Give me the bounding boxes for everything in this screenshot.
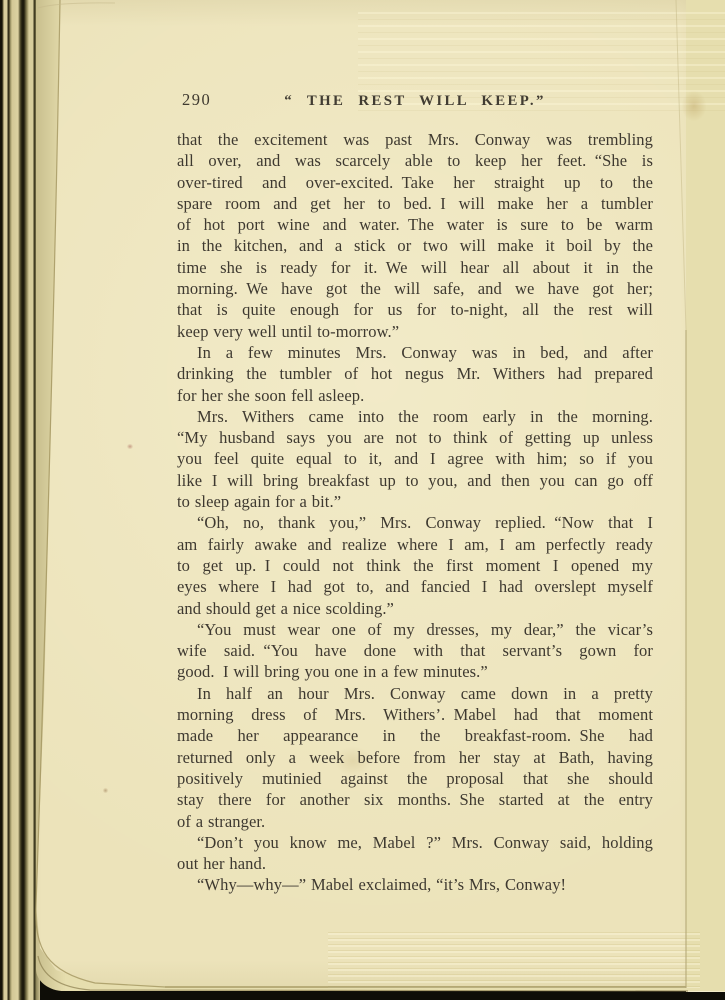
text-block: that the excitement was past Mrs. Conway…	[177, 129, 653, 896]
text-line: wife said. “You have done with that serv…	[177, 640, 653, 661]
text-line: of hot port wine and water. The water is…	[177, 214, 653, 235]
text-line: morning dress of Mrs. Withers’. Mabel ha…	[177, 704, 653, 725]
text-line: “Oh, no, thank you,” Mrs. Conway replied…	[177, 512, 653, 533]
text-line: “You must wear one of my dresses, my dea…	[177, 619, 653, 640]
text-line: “Why—why—” Mabel exclaimed, “it’s Mrs, C…	[177, 874, 653, 895]
text-line: returned only a week before from her sta…	[177, 747, 653, 768]
text-line: am fairly awake and realize where I am, …	[177, 534, 653, 555]
text-line: to sleep again for a bit.”	[177, 491, 653, 512]
text-line: In half an hour Mrs. Conway came down in…	[177, 683, 653, 704]
text-line: Mrs. Withers came into the room early in…	[177, 406, 653, 427]
text-line: out her hand.	[177, 853, 653, 874]
text-line: and should get a nice scolding.”	[177, 598, 653, 619]
text-line: like I will bring breakfast up to you, a…	[177, 470, 653, 491]
text-line: all over, and was scarcely able to keep …	[177, 150, 653, 171]
text-line: stay there for another six months. She s…	[177, 789, 653, 810]
text-line: time she is ready for it. We will hear a…	[177, 257, 653, 278]
text-line: positively mutinied against the proposal…	[177, 768, 653, 789]
running-title: “ THE REST WILL KEEP.”	[177, 93, 653, 110]
text-line: spare room and get her to bed. I will ma…	[177, 193, 653, 214]
text-line: “My husband says you are not to think of…	[177, 427, 653, 448]
text-line: over-tired and over-excited. Take her st…	[177, 172, 653, 193]
text-line: morning. We have got the will safe, and …	[177, 278, 653, 299]
text-line: good. I will bring you one in a few minu…	[177, 661, 653, 682]
text-line: made her appearance in the breakfast-roo…	[177, 725, 653, 746]
text-line: that is quite enough for us for to-night…	[177, 299, 653, 320]
text-line: drinking the tumbler of hot negus Mr. Wi…	[177, 363, 653, 384]
text-line: you feel quite equal to it, and I agree …	[177, 448, 653, 469]
text-line: for her she soon fell asleep.	[177, 385, 653, 406]
text-line: “Don’t you know me, Mabel ?” Mrs. Conway…	[177, 832, 653, 853]
text-line: In a few minutes Mrs. Conway was in bed,…	[177, 342, 653, 363]
paper-speck	[102, 787, 109, 794]
paper-speck	[126, 443, 134, 450]
text-line: keep very well until to-morrow.”	[177, 321, 653, 342]
bottom-page-edge-streaks	[328, 932, 700, 988]
text-line: to get up. I could not think the first m…	[177, 555, 653, 576]
paper-stain	[676, 84, 712, 128]
text-line: that the excitement was past Mrs. Conway…	[177, 129, 653, 150]
book-scan: 290 “ THE REST WILL KEEP.” that the exci…	[0, 0, 725, 1000]
text-line: in the kitchen, and a stick or two will …	[177, 235, 653, 256]
binding-gutter-stripes	[0, 0, 40, 1000]
text-line: of a stranger.	[177, 811, 653, 832]
text-line: eyes where I had got to, and fancied I h…	[177, 576, 653, 597]
